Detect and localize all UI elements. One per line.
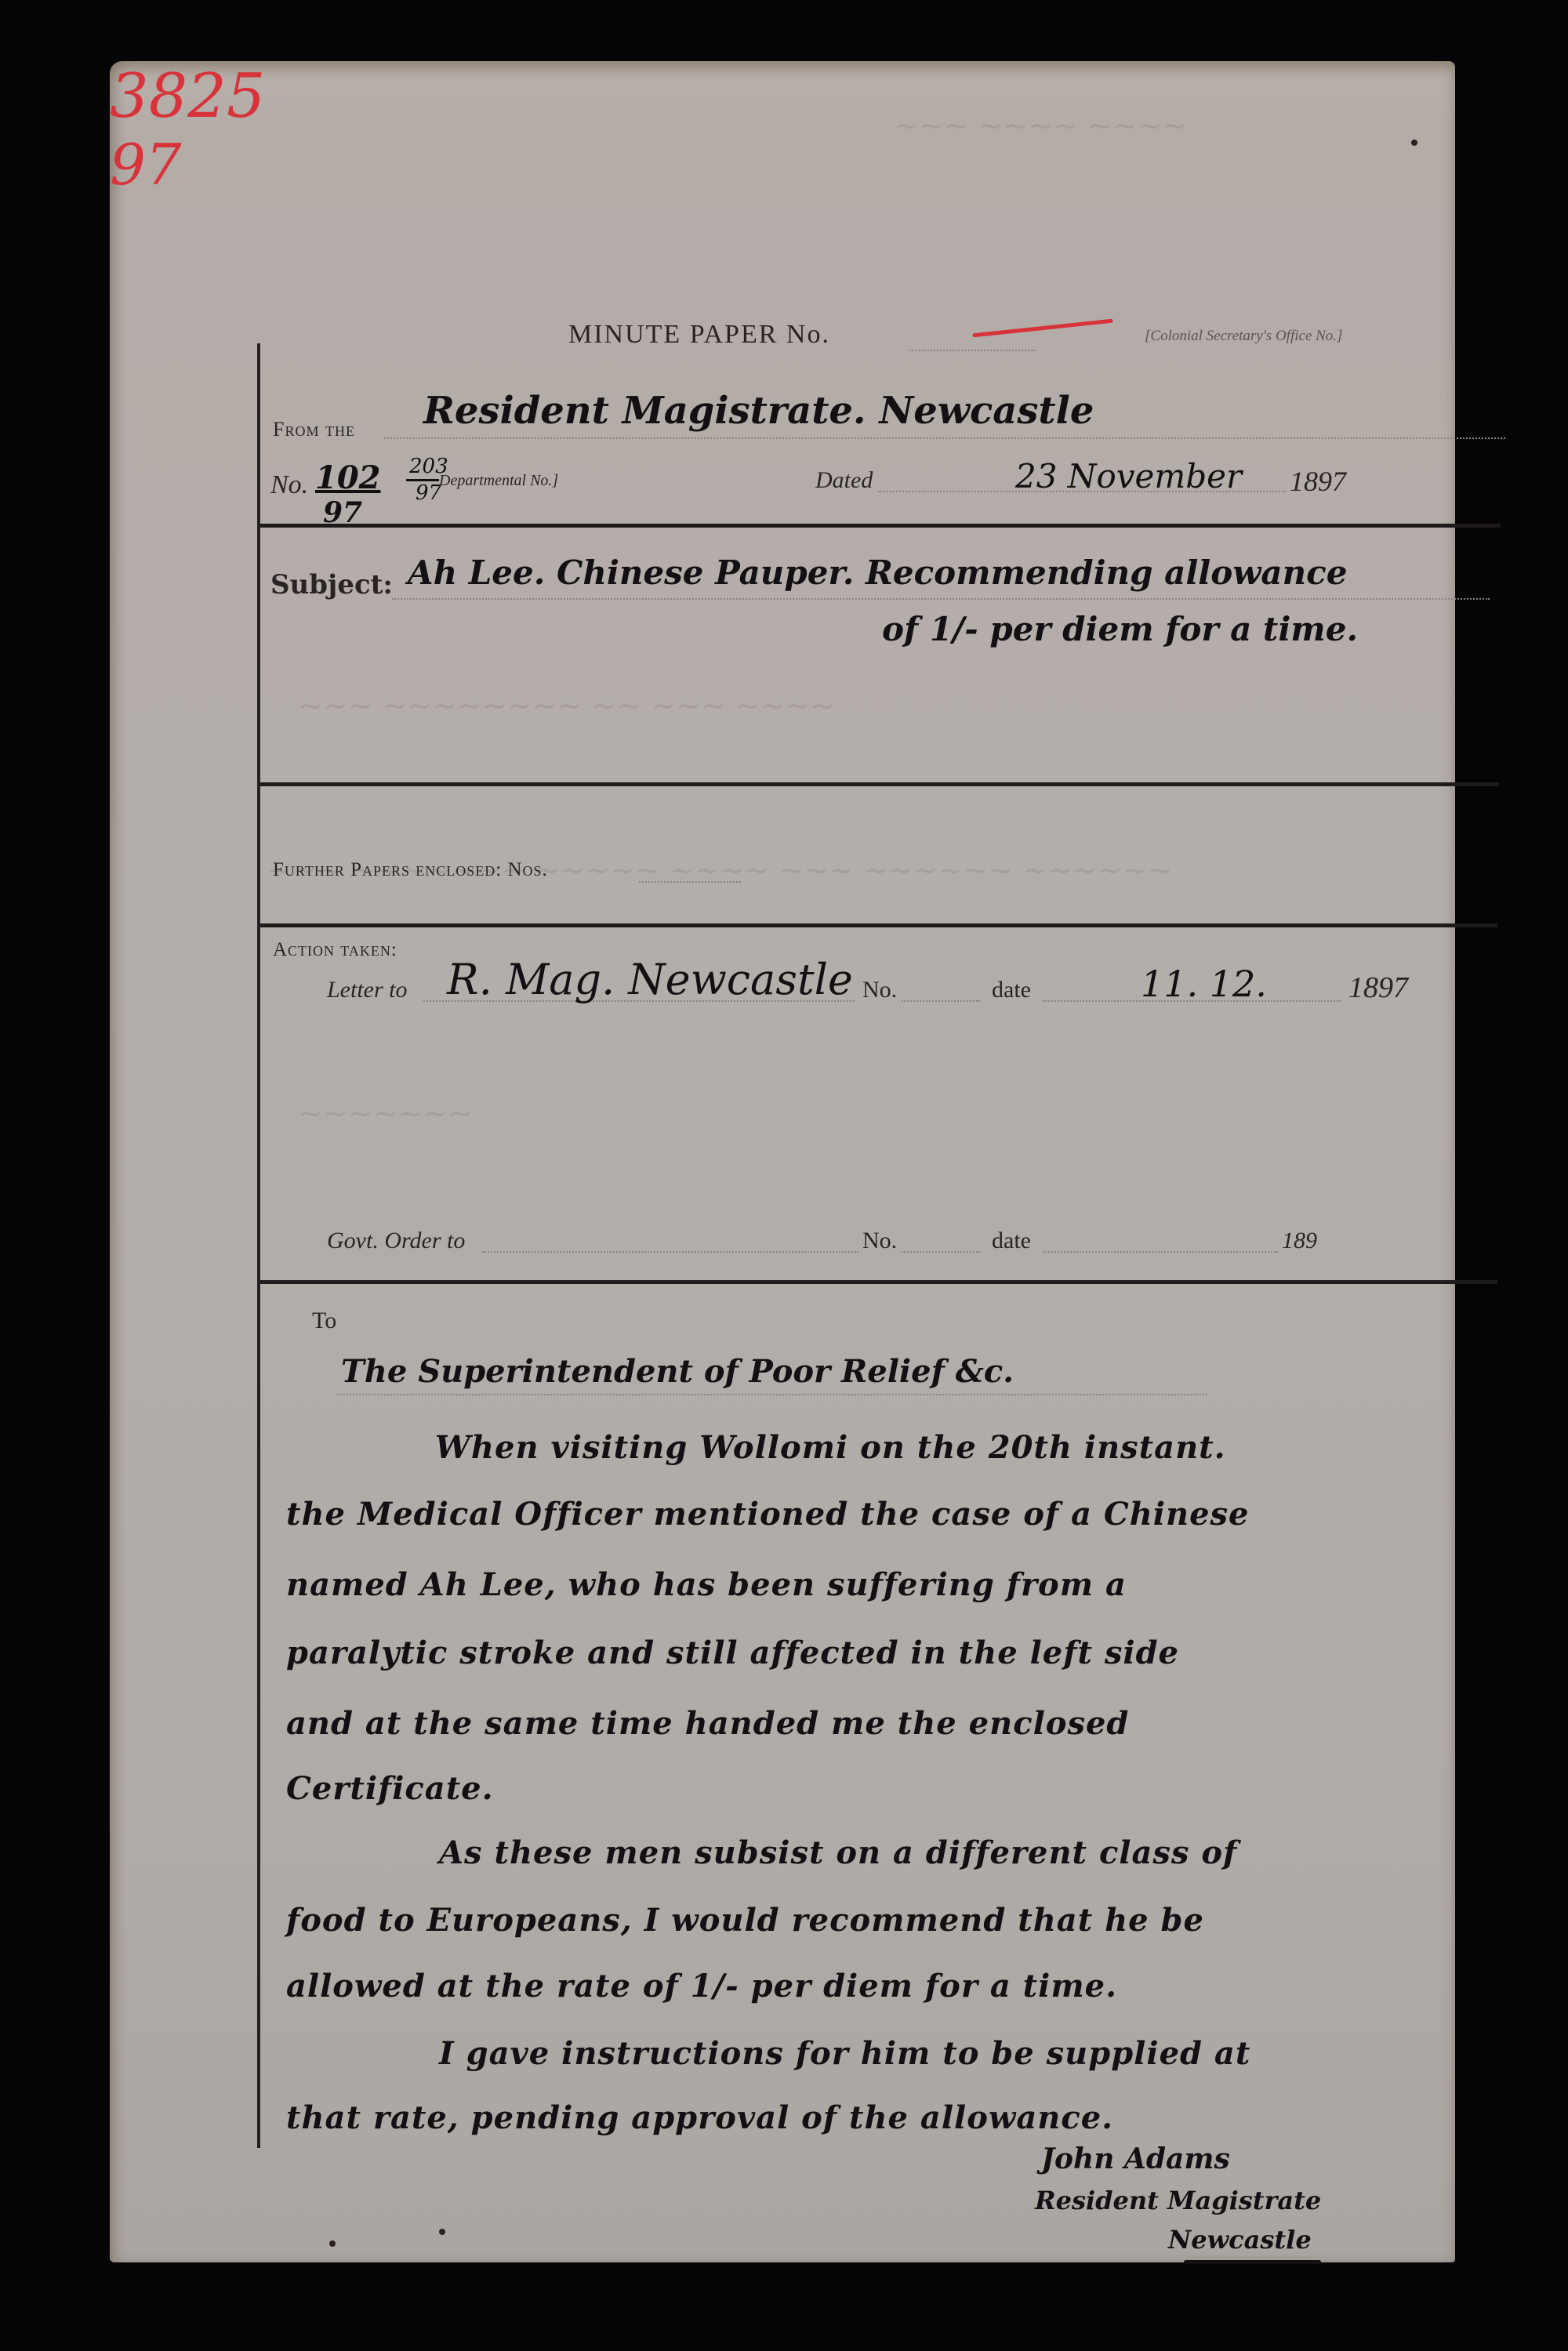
from-value: Resident Magistrate. Newcastle <box>423 389 1094 433</box>
dotted-line <box>482 1251 858 1253</box>
letter-to-label: Letter to <box>327 977 408 1003</box>
dotted-line <box>392 598 1490 600</box>
govt-order-year: 189 <box>1282 1228 1317 1254</box>
govt-order-date-label: date <box>992 1228 1031 1254</box>
body-line: named Ah Lee, who has been suffering fro… <box>286 1566 1127 1603</box>
dotted-line <box>909 350 1035 351</box>
signature-underline <box>1184 2260 1321 2264</box>
page-title: MINUTE PAPER No. <box>568 320 830 350</box>
body-line: that rate, pending approval of the allow… <box>286 2099 1113 2136</box>
govt-order-label: Govt. Order to <box>327 1228 465 1254</box>
minute-number-top: 3825 <box>110 61 1455 132</box>
bleed-through-text: ~~~~~~~ <box>298 1096 473 1130</box>
section-divider <box>260 923 1497 927</box>
further-papers-label: Further Papers enclosed: Nos. <box>273 859 548 881</box>
dotted-line <box>1043 1251 1278 1253</box>
subject-line-2: of 1/- per diem for a time. <box>882 610 1358 648</box>
paper-speck <box>1411 140 1417 146</box>
dotted-line <box>384 437 1505 439</box>
signature-name: John Adams <box>1041 2142 1230 2175</box>
body-line: As these men subsist on a different clas… <box>439 1834 1237 1871</box>
dated-value: 23 November <box>1015 457 1242 495</box>
minute-paper: ~~~ ~~~~ ~~~~ ~~~ ~~~~~~~~ ~~ ~~~ ~~~~ ~… <box>110 61 1455 2262</box>
body-line: I gave instructions for him to be suppli… <box>439 2035 1250 2072</box>
dept-label: Departmental No.] <box>439 472 558 490</box>
signature-place: Newcastle <box>1168 2225 1312 2255</box>
section-divider <box>260 782 1499 786</box>
dotted-line <box>902 1000 980 1002</box>
body-line: Certificate. <box>286 1770 494 1807</box>
left-margin-rule <box>257 343 260 2148</box>
to-addressee: The Superintendent of Poor Relief &c. <box>341 1353 1014 1390</box>
letter-date-value: 11. 12. <box>1141 963 1267 1005</box>
fraction-bar <box>972 319 1113 338</box>
dotted-line <box>902 1251 980 1253</box>
subject-label: Subject: <box>270 569 393 600</box>
dated-year: 1897 <box>1290 465 1346 498</box>
bleed-through-text: ~~~ ~~~~ ~~~~ <box>894 108 1187 143</box>
signature-title: Resident Magistrate <box>1035 2186 1321 2215</box>
govt-order-no-label: No. <box>862 1228 897 1254</box>
from-label: From the <box>273 418 355 441</box>
letter-to-value: R. Mag. Newcastle <box>447 955 853 1004</box>
subject-line-1: Ah Lee. Chinese Pauper. Recommending all… <box>408 553 1347 592</box>
letter-date-label: date <box>992 977 1031 1003</box>
action-taken-label: Action taken: <box>273 939 397 961</box>
section-divider <box>260 1280 1497 1284</box>
number-value: 102 <box>315 459 381 496</box>
paper-speck <box>329 2240 336 2247</box>
minute-number-bottom: 97 <box>110 132 1455 198</box>
section-divider <box>260 524 1501 528</box>
body-line: the Medical Officer mentioned the case o… <box>286 1496 1249 1533</box>
body-line: allowed at the rate of 1/- per diem for … <box>286 1968 1117 2005</box>
bleed-through-text: ~~~ ~~~~~~~~ ~~ ~~~ ~~~~ <box>298 688 835 723</box>
paper-speck <box>439 2229 445 2235</box>
body-line: When visiting Wollomi on the 20th instan… <box>435 1429 1226 1466</box>
dept-year: 97 <box>416 481 441 505</box>
body-line: and at the same time handed me the enclo… <box>286 1705 1129 1742</box>
body-line: paralytic stroke and still affected in t… <box>286 1634 1179 1671</box>
dotted-line <box>337 1394 1207 1395</box>
dotted-line <box>639 881 741 883</box>
number-label: No. <box>270 470 308 500</box>
letter-year: 1897 <box>1348 971 1408 1005</box>
to-label: To <box>312 1308 336 1334</box>
dated-label: Dated <box>815 467 873 494</box>
body-line: food to Europeans, I would recommend tha… <box>286 1902 1204 1939</box>
office-label: [Colonial Secretary's Office No.] <box>1145 328 1342 345</box>
letter-no-label: No. <box>862 977 897 1003</box>
